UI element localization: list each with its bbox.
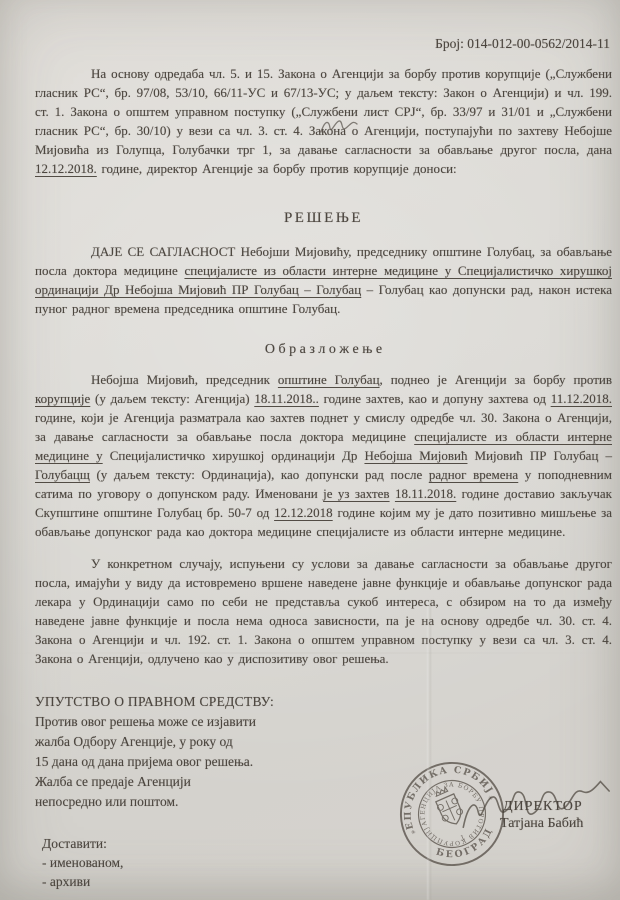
paper-fold-crease bbox=[427, 600, 431, 900]
rationale-paragraph-1: Небојша Мијовић, председник општине Голу… bbox=[35, 370, 612, 541]
legal-remedy-line: непосредно или поштом. bbox=[35, 792, 365, 812]
legal-remedy-heading: УПУТСТВО О ПРАВНОМ СРЕДСТВУ: bbox=[35, 692, 365, 712]
legal-remedy-block: УПУТСТВО О ПРАВНОМ СРЕДСТВУ: Против овог… bbox=[35, 692, 365, 812]
handwritten-note-icon bbox=[318, 112, 360, 138]
dispositive-paragraph: ДАЈЕ СЕ САГЛАСНОСТ Небојши Мијовићу, пре… bbox=[35, 242, 612, 318]
document-photo: Број: 014-012-00-0562/2014-11 На основу … bbox=[0, 0, 620, 900]
distribution-item: - именованом, bbox=[42, 853, 123, 872]
paper-soft-crease bbox=[0, 652, 620, 654]
legal-remedy-line: Жалба се предаје Агенцији bbox=[35, 772, 365, 792]
director-label: ДИРЕКТОР bbox=[503, 799, 583, 815]
legal-remedy-line: Против овог решења може се изјавити bbox=[35, 712, 365, 732]
director-name: Татјана Бабић bbox=[500, 816, 583, 832]
distribution-item: - архиви bbox=[42, 872, 123, 891]
distribution-block: Доставити: - именованом, - архиви bbox=[42, 834, 123, 891]
rationale-paragraph-2: У конкретном случају, испуњени су услови… bbox=[35, 554, 612, 668]
legal-remedy-line: 15 дана од дана пријема овог решења. bbox=[35, 752, 365, 772]
distribution-heading: Доставити: bbox=[42, 834, 123, 853]
decision-title: РЕШЕЊЕ bbox=[35, 210, 612, 227]
document-number: Број: 014-012-00-0562/2014-11 bbox=[35, 36, 612, 52]
rationale-heading: О б р а з л о ж е њ е bbox=[35, 342, 612, 358]
legal-remedy-line: жалба Одбору Агенције, у року од bbox=[35, 732, 365, 752]
stamp-separator-left: ✳ bbox=[410, 828, 417, 836]
